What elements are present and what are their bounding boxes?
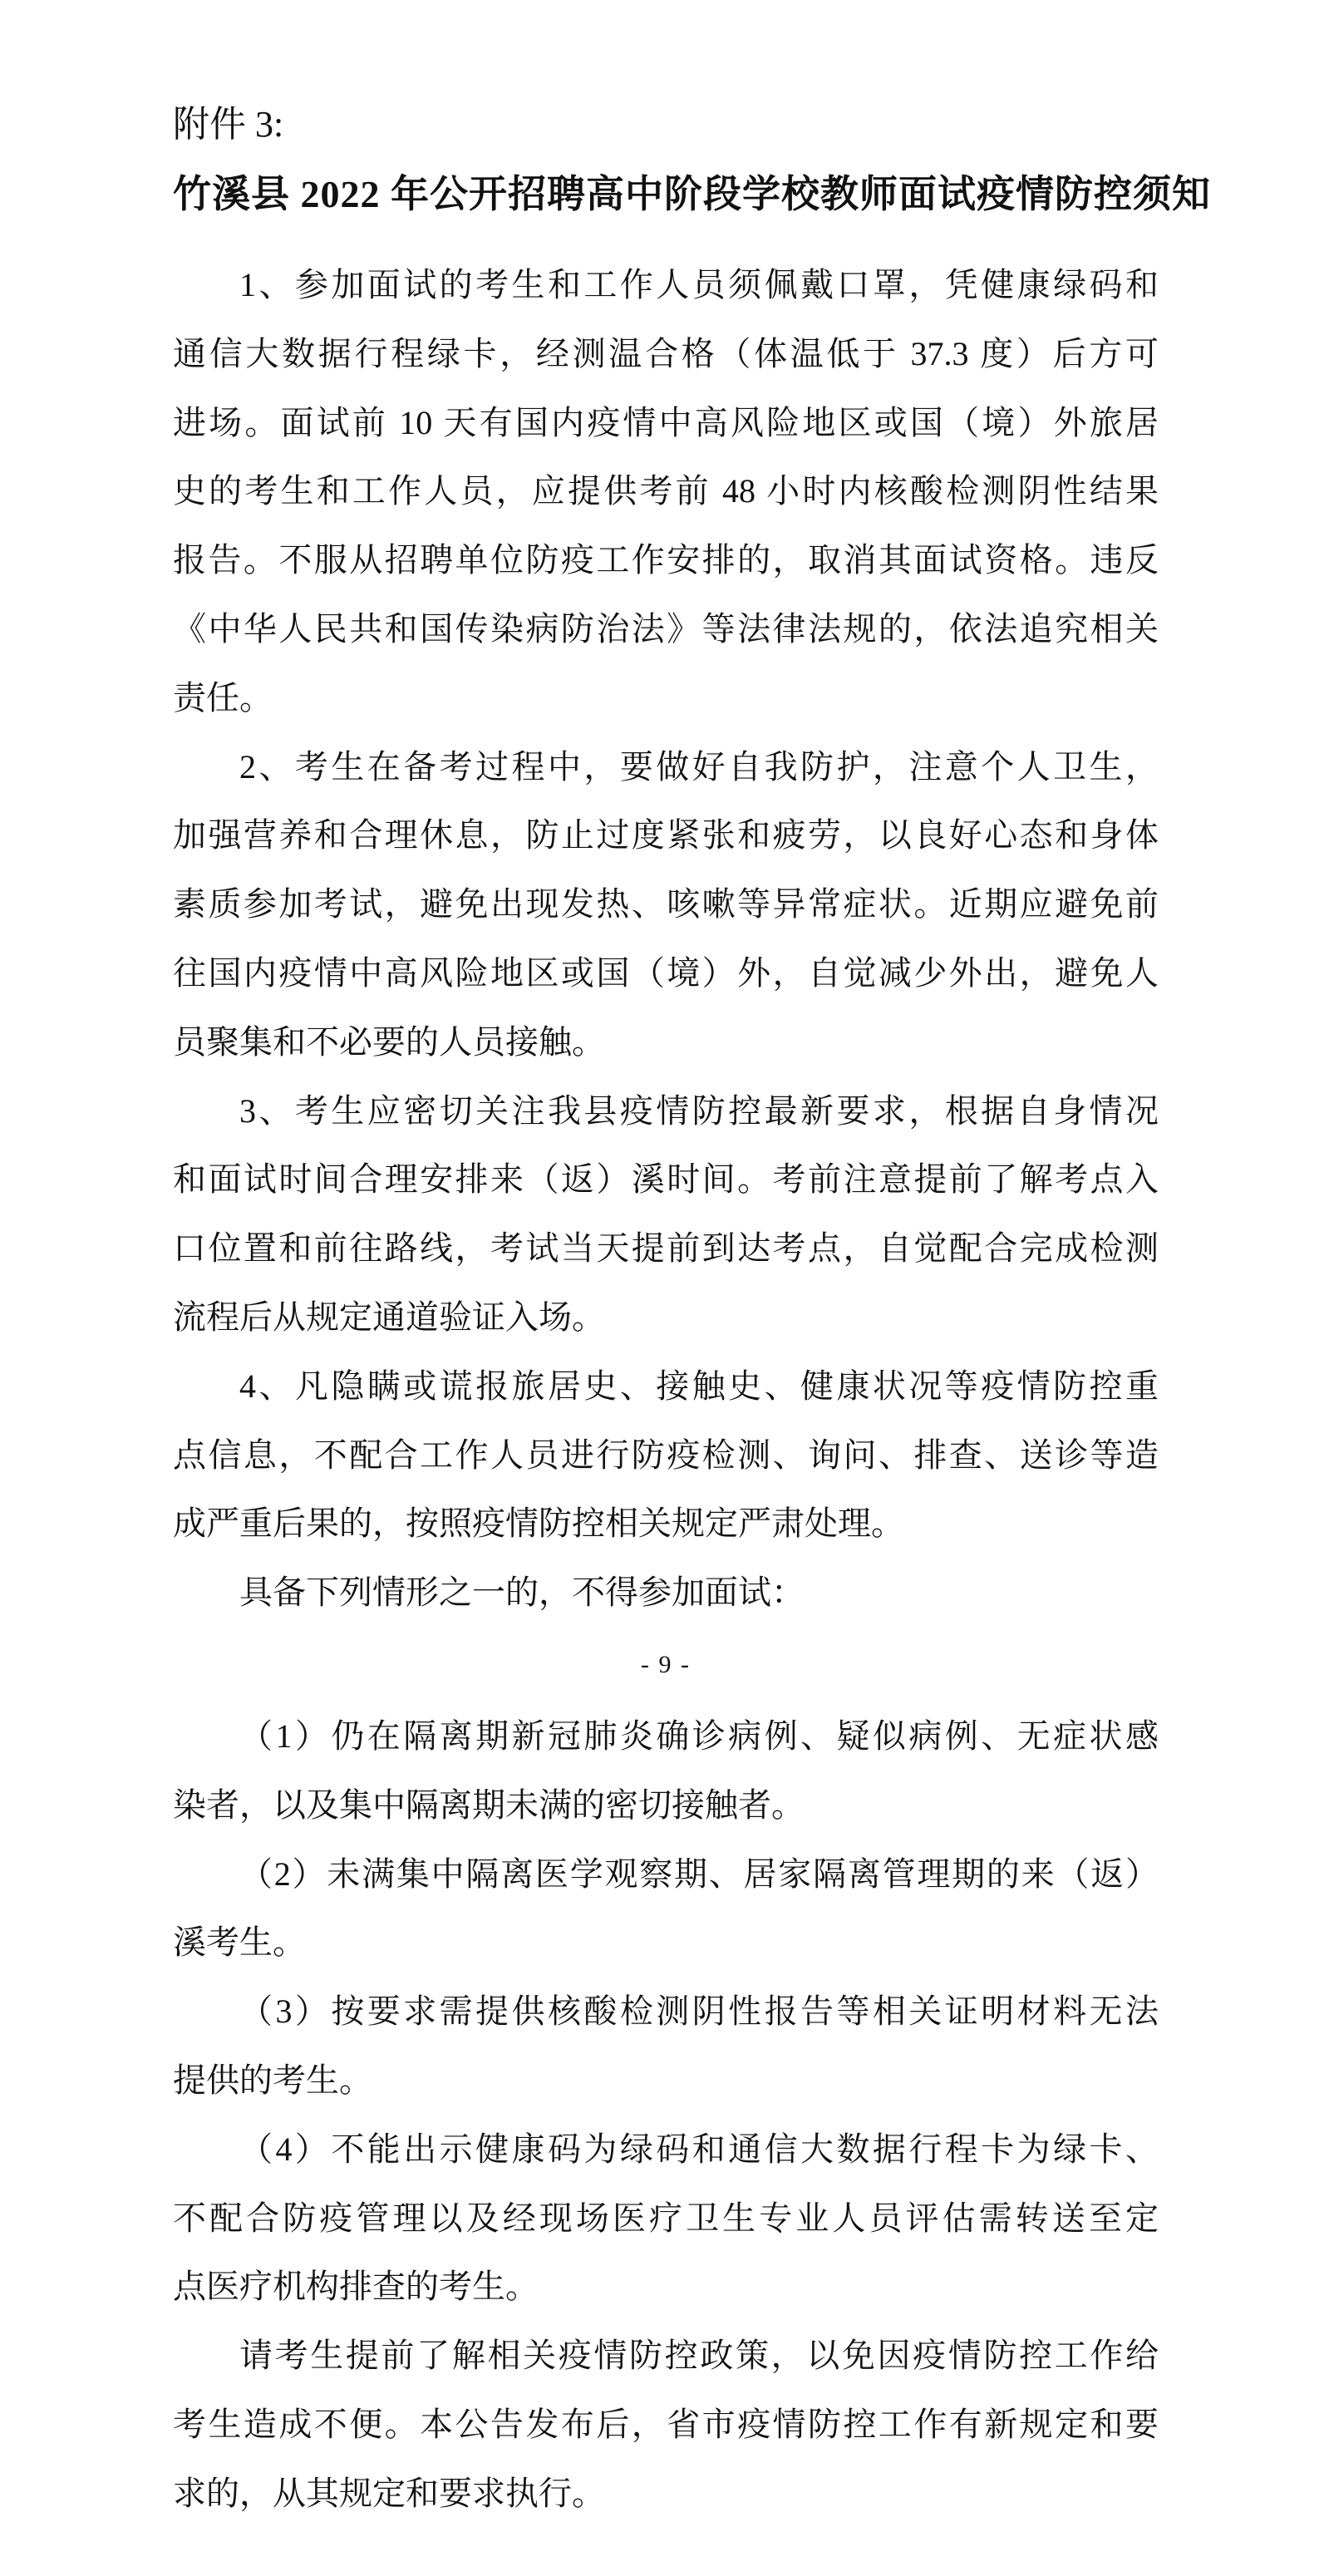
attachment-label: 附件 3:: [173, 0, 1159, 143]
document-line: 4、凡隐瞒或谎报旅居史、接触史、健康状况等疫情防控重: [173, 1352, 1159, 1421]
document-line: 责任。: [173, 664, 1159, 733]
document-title: 竹溪县 2022 年公开招聘高中阶段学校教师面试疫情防控须知: [173, 173, 1159, 216]
document-line: 具备下列情形之一的，不得参加面试：: [173, 1559, 1159, 1628]
document-line: 溪考生。: [173, 1909, 1159, 1978]
document-line: 请考生提前了解相关疫情防控政策，以免因疫情防控工作给: [173, 2322, 1159, 2391]
document-line: 流程后从规定通道验证入场。: [173, 1283, 1159, 1352]
document-line: 报告。不服从招聘单位防疫工作安排的，取消其面试资格。违反: [173, 526, 1159, 595]
paragraph-3: 3、考生应密切关注我县疫情防控最新要求，根据自身情况和面试时间合理安排来（返）溪…: [173, 1077, 1159, 1352]
document-line: （3）按要求需提供核酸检测阴性报告等相关证明材料无法: [173, 1978, 1159, 2047]
document-body: 1、参加面试的考生和工作人员须佩戴口罩，凭健康绿码和通信大数据行程绿卡，经测温合…: [173, 251, 1159, 2529]
page-number-text: - 9 -: [641, 1651, 691, 1678]
document-page: 附件 3: 竹溪县 2022 年公开招聘高中阶段学校教师面试疫情防控须知 1、参…: [0, 0, 1319, 2576]
document-line: 求的，从其规定和要求执行。: [173, 2460, 1159, 2529]
paragraph-10: 请考生提前了解相关疫情防控政策，以免因疫情防控工作给考生造成不便。本公告发布后，…: [173, 2322, 1159, 2528]
document-line: 进场。面试前 10 天有国内疫情中高风险地区或国（境）外旅居: [173, 389, 1159, 458]
document-line: （2）未满集中隔离医学观察期、居家隔离管理期的来（返）: [173, 1840, 1159, 1909]
document-line: 点信息，不配合工作人员进行防疫检测、询问、排查、送诊等造: [173, 1421, 1159, 1490]
document-line: 2、考生在备考过程中，要做好自我防护，注意个人卫生，: [173, 733, 1159, 802]
document-line: 口位置和前往路线，考试当天提前到达考点，自觉配合完成检测: [173, 1214, 1159, 1283]
document-line: 通信大数据行程绿卡，经测温合格（体温低于 37.3 度）后方可: [173, 320, 1159, 389]
document-line: （1）仍在隔离期新冠肺炎确诊病例、疑似病例、无症状感: [173, 1702, 1159, 1771]
paragraph-9: （4）不能出示健康码为绿码和通信大数据行程卡为绿卡、不配合防疫管理以及经现场医疗…: [173, 2115, 1159, 2322]
paragraph-2: 2、考生在备考过程中，要做好自我防护，注意个人卫生，加强营养和合理休息，防止过度…: [173, 733, 1159, 1077]
document-line: 3、考生应密切关注我县疫情防控最新要求，根据自身情况: [173, 1077, 1159, 1146]
document-line: 1、参加面试的考生和工作人员须佩戴口罩，凭健康绿码和: [173, 251, 1159, 320]
document-content: 附件 3: 竹溪县 2022 年公开招聘高中阶段学校教师面试疫情防控须知 1、参…: [0, 0, 1319, 2529]
document-line: （4）不能出示健康码为绿码和通信大数据行程卡为绿卡、: [173, 2115, 1159, 2184]
document-line: 成严重后果的，按照疫情防控相关规定严肃处理。: [173, 1490, 1159, 1559]
document-line: 考生造成不便。本公告发布后，省市疫情防控工作有新规定和要: [173, 2391, 1159, 2460]
document-line: 往国内疫情中高风险地区或国（境）外，自觉减少外出，避免人: [173, 939, 1159, 1008]
paragraph-6: （1）仍在隔离期新冠肺炎确诊病例、疑似病例、无症状感染者，以及集中隔离期未满的密…: [173, 1702, 1159, 1840]
document-line: 《中华人民共和国传染病防治法》等法律法规的，依法追究相关: [173, 595, 1159, 664]
paragraph-1: 1、参加面试的考生和工作人员须佩戴口罩，凭健康绿码和通信大数据行程绿卡，经测温合…: [173, 251, 1159, 733]
document-line: 史的考生和工作人员，应提供考前 48 小时内核酸检测阴性结果: [173, 457, 1159, 526]
paragraph-4: 4、凡隐瞒或谎报旅居史、接触史、健康状况等疫情防控重点信息，不配合工作人员进行防…: [173, 1352, 1159, 1559]
paragraph-7: （2）未满集中隔离医学观察期、居家隔离管理期的来（返）溪考生。: [173, 1840, 1159, 1978]
document-line: 和面试时间合理安排来（返）溪时间。考前注意提前了解考点入: [173, 1145, 1159, 1214]
document-line: 加强营养和合理休息，防止过度紧张和疲劳，以良好心态和身体: [173, 801, 1159, 870]
document-line: 提供的考生。: [173, 2047, 1159, 2115]
document-line: 染者，以及集中隔离期未满的密切接触者。: [173, 1771, 1159, 1840]
paragraph-5: 具备下列情形之一的，不得参加面试：: [173, 1559, 1159, 1628]
document-line: 员聚集和不必要的人员接触。: [173, 1008, 1159, 1077]
page-number: - 9 -: [173, 1628, 1159, 1702]
document-line: 不配合防疫管理以及经现场医疗卫生专业人员评估需转送至定: [173, 2184, 1159, 2253]
document-line: 点医疗机构排查的考生。: [173, 2253, 1159, 2322]
document-line: 素质参加考试，避免出现发热、咳嗽等异常症状。近期应避免前: [173, 870, 1159, 939]
paragraph-8: （3）按要求需提供核酸检测阴性报告等相关证明材料无法提供的考生。: [173, 1978, 1159, 2115]
